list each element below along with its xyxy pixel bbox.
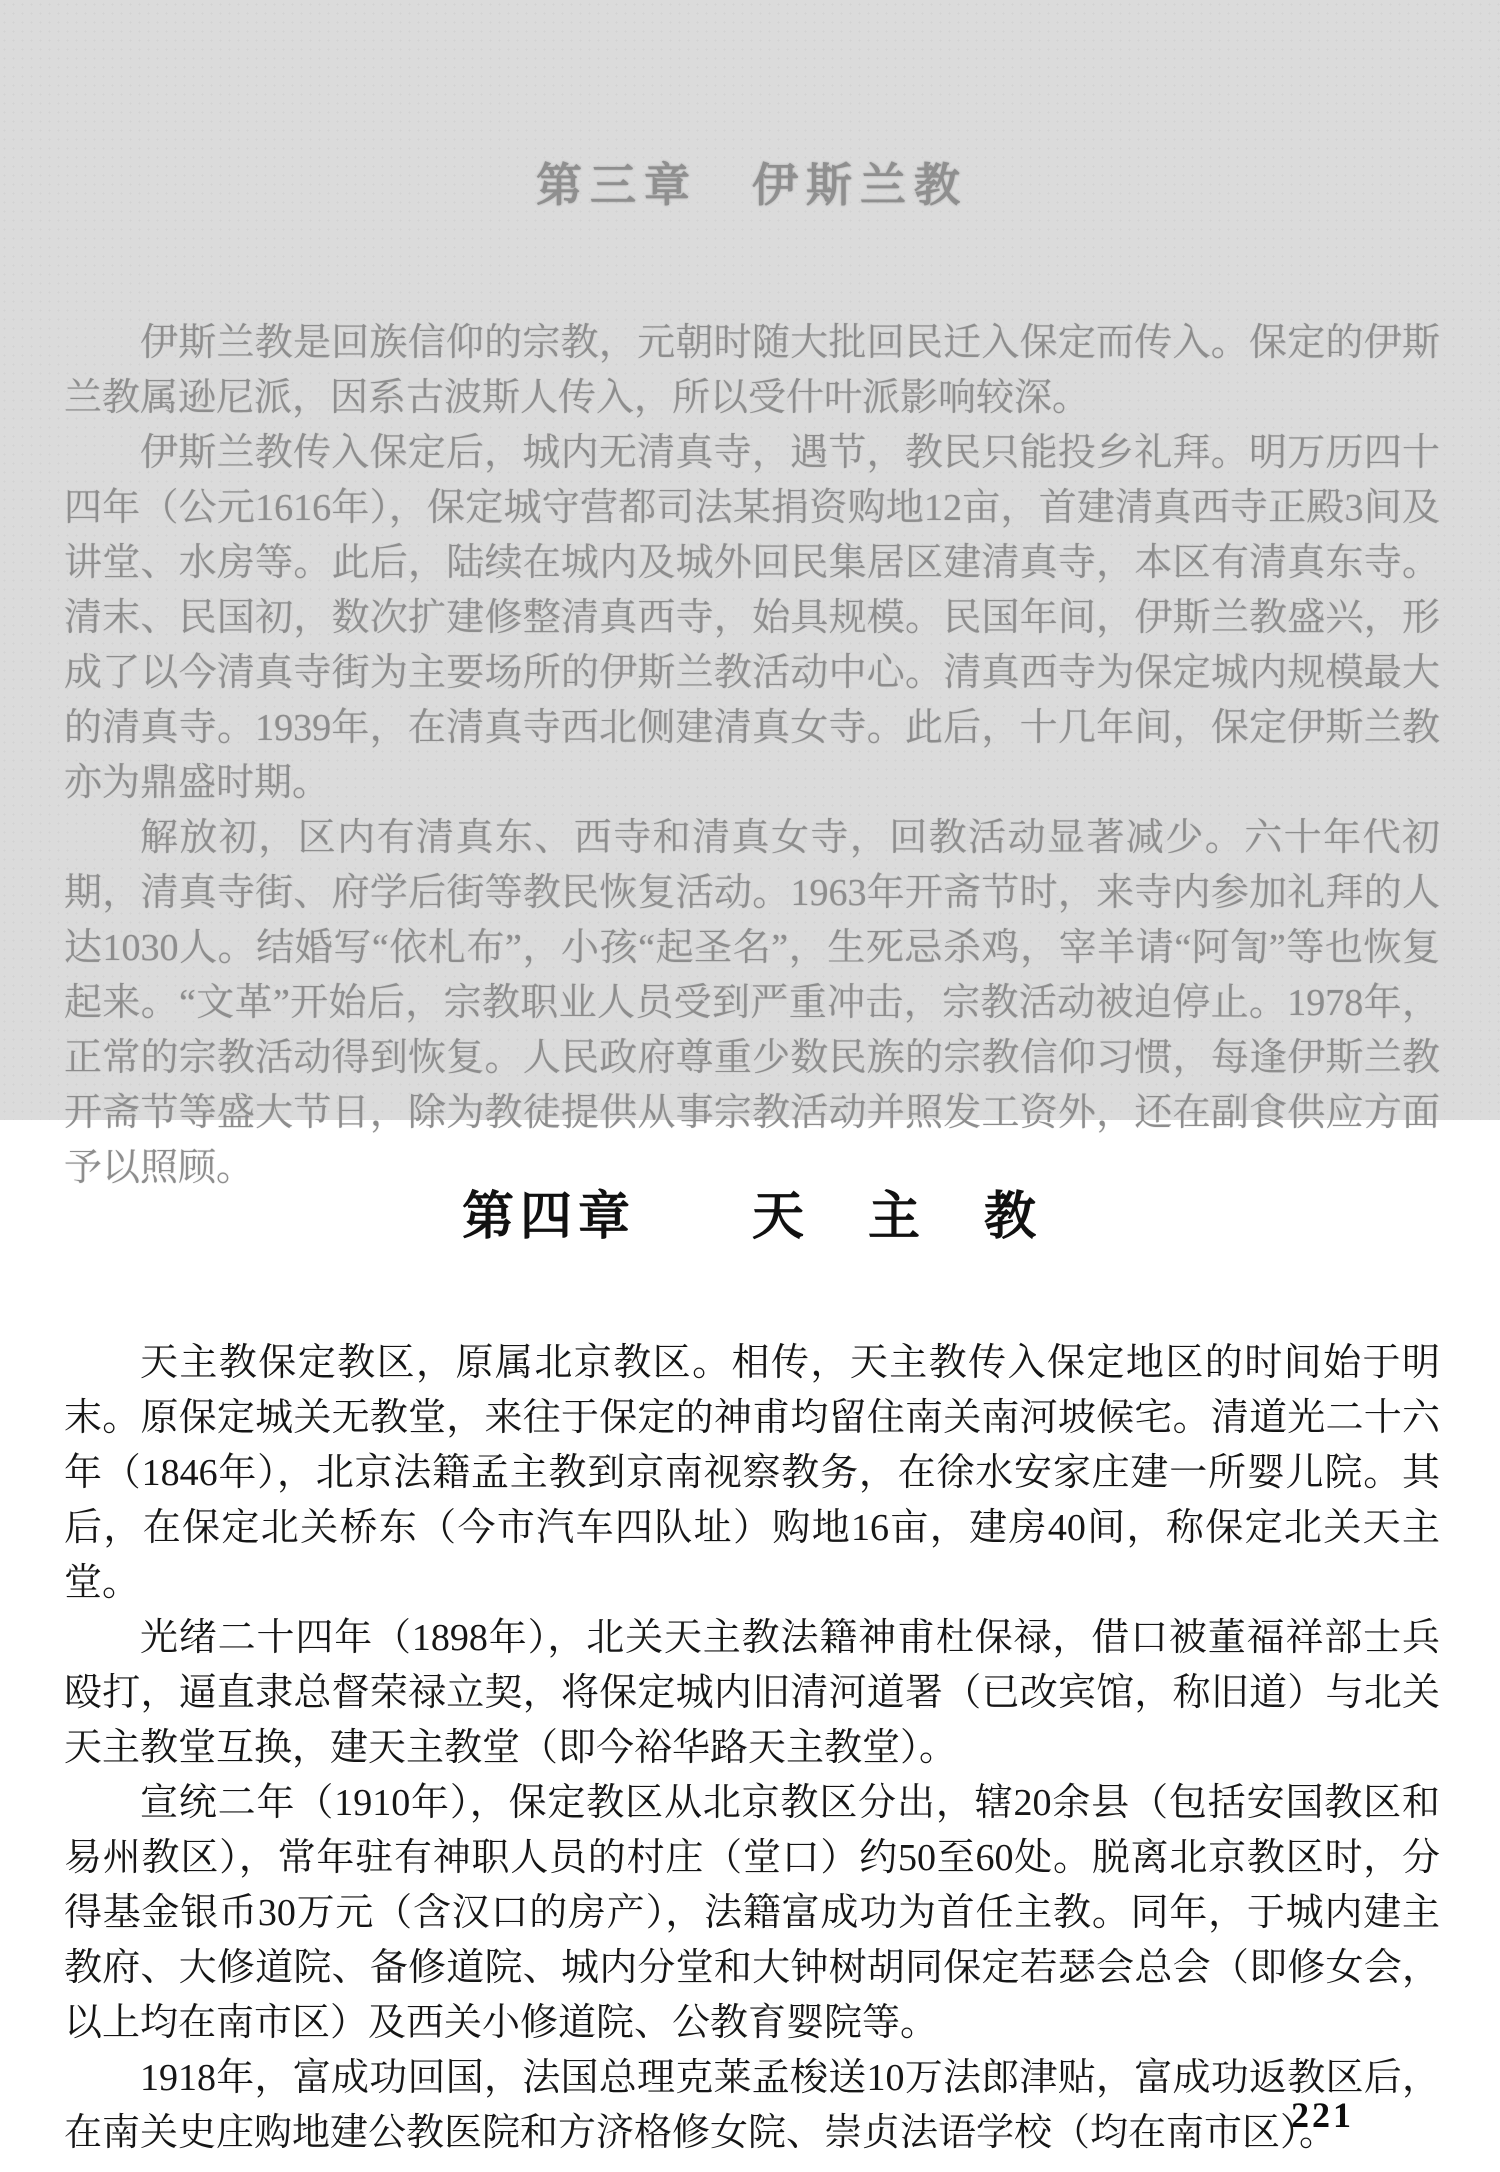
chapter-islam-title: 第三章 伊斯兰教 — [64, 158, 1440, 214]
chapter-islam-paragraph-3: 解放初，区内有清真东、西寺和清真女寺，回教活动显著减少。六十年代初期，清真寺街、… — [64, 811, 1440, 1196]
chapter-islam-paragraph-1: 伊斯兰教是回族信仰的宗教，元朝时随大批回民迁入保定而传入。保定的伊斯兰教属逊尼派… — [64, 316, 1440, 426]
book-page: 第三章 伊斯兰教 伊斯兰教是回族信仰的宗教，元朝时随大批回民迁入保定而传入。保定… — [0, 0, 1500, 2172]
chapter-catholic-section: 第四章 天 主 教 天主教保定教区，原属北京教区。相传，天主教传入保定地区的时间… — [0, 1120, 1500, 2161]
chapter-catholic-paragraph-3: 宣统二年（1910年），保定教区从北京教区分出，辖20余县（包括安国教区和易州教… — [64, 1776, 1440, 2051]
chapter-islam-paragraph-2: 伊斯兰教传入保定后，城内无清真寺，遇节，教民只能投乡礼拜。明万历四十四年（公元1… — [64, 426, 1440, 811]
chapter-catholic-title: 第四章 天 主 教 — [64, 1188, 1440, 1248]
chapter-catholic-paragraph-4: 1918年，富成功回国，法国总理克莱孟梭送10万法郎津贴，富成功返教区后，在南关… — [64, 2051, 1440, 2161]
chapter-catholic-paragraph-2: 光绪二十四年（1898年），北关天主教法籍神甫杜保禄，借口被董福祥部士兵殴打，逼… — [64, 1611, 1440, 1776]
chapter-catholic-paragraph-1: 天主教保定教区，原属北京教区。相传，天主教传入保定地区的时间始于明末。原保定城关… — [64, 1336, 1440, 1611]
page-number: 221 — [1291, 2094, 1354, 2136]
chapter-islam-section: 第三章 伊斯兰教 伊斯兰教是回族信仰的宗教，元朝时随大批回民迁入保定而传入。保定… — [0, 0, 1500, 1120]
